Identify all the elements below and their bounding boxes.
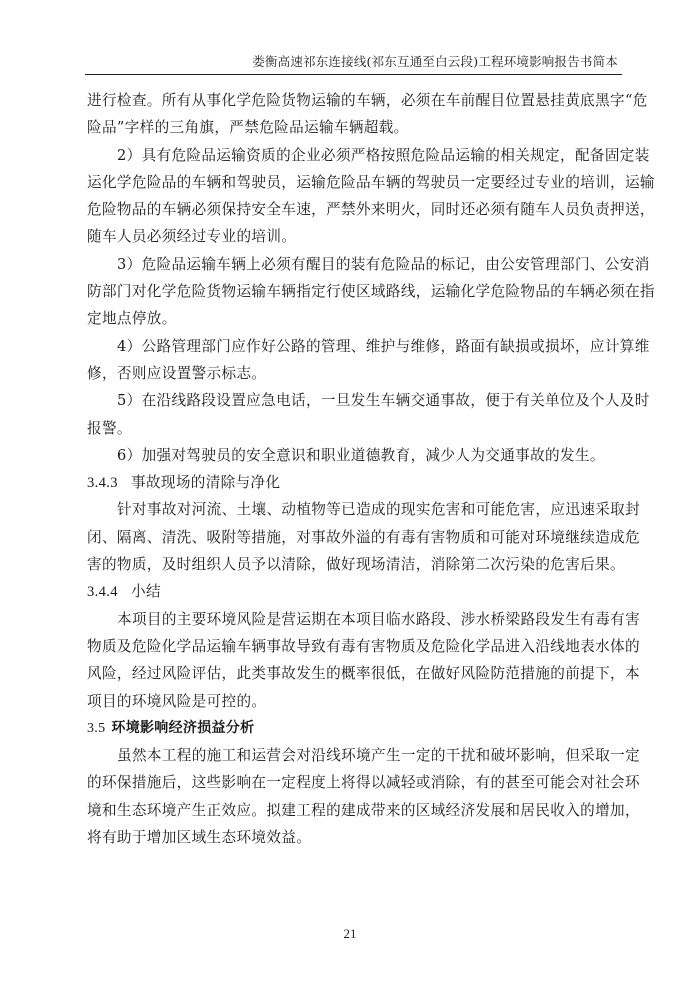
section-title: 事故现场的清除与净化 [131,474,280,491]
section-number: 3.4.3 [87,470,131,497]
text-line: 危险物品的车辆必须保持安全车速，严禁外来明火，同时还必须有随车人员负责押送， [87,196,621,223]
list-item-2: 2）具有危险品运输资质的企业必须严格按照危险品运输的相关规定，配备固定装 运化学… [87,142,621,251]
paragraph-intro: 进行检查。所有从事化学危险货物运输的车辆，必须在车前醒目位置悬挂黄底黑字“危 险… [87,87,621,142]
page-body: 进行检查。所有从事化学危险货物运输的车辆，必须在车前醒目位置悬挂黄底黑字“危 险… [87,87,621,851]
list-item-4: 4）公路管理部门应作好公路的管理、维护与维修，路面有缺损或损坏，应计算维 修，否… [87,333,621,388]
text-line: 项目的环境风险是可控的。 [87,688,621,715]
text-line: 针对事故对河流、土壤、动植物等已造成的现实危害和可能危害，应迅速采取封 [87,496,621,523]
list-item-6: 6）加强对驾驶员的安全意识和职业道德教育，减少人为交通事故的发生。 [87,442,621,469]
list-item-3: 3）危险品运输车辆上必须有醒目的装有危险品的标记，由公安管理部门、公安消 防部门… [87,251,621,333]
section-title: 环境影响经济损益分析 [111,720,254,736]
text-line: 3）危险品运输车辆上必须有醒目的装有危险品的标记，由公安管理部门、公安消 [87,251,621,278]
text-line: 风险，经过风险评估，此类事故发生的概率很低，在做好风险防范措施的前提下，本 [87,660,621,687]
section-number: 3.4.4 [87,579,131,606]
text-line: 2）具有危险品运输资质的企业必须严格按照危险品运输的相关规定，配备固定装 [87,142,621,169]
text-line: 物质及危险化学品运输车辆事故导致有毒有害物质及危险化学品进入沿线地表水体的 [87,633,621,660]
section-heading-344: 3.4.4小结 [87,578,621,605]
text-line: 6）加强对驾驶员的安全意识和职业道德教育，减少人为交通事故的发生。 [87,442,621,469]
running-header: 娄衡高速祁东连接线(祁东互通至白云段)工程环境影响报告书简本 [85,50,622,75]
text-line: 报警。 [87,415,621,442]
paragraph-35: 虽然本工程的施工和运营会对沿线环境产生一定的干扰和破坏影响，但采取一定 的环保措… [87,742,621,851]
text-line: 4）公路管理部门应作好公路的管理、维护与维修，路面有缺损或损坏，应计算维 [87,333,621,360]
text-line: 境和生态环境产生正效应。拟建工程的建成带来的区域经济发展和居民收入的增加， [87,797,621,824]
text-line: 修，否则应设置警示标志。 [87,360,621,387]
paragraph-344: 本项目的主要环境风险是营运期在本项目临水路段、涉水桥梁路段发生有毒有害 物质及危… [87,606,621,715]
text-line: 虽然本工程的施工和运营会对沿线环境产生一定的干扰和破坏影响，但采取一定 [87,742,621,769]
text-line: 险品”字样的三角旗，严禁危险品运输车辆超载。 [87,114,621,141]
list-item-5: 5）在沿线路段设置应急电话，一旦发生车辆交通事故，便于有关单位及个人及时 报警。 [87,387,621,442]
text-line: 将有助于增加区域生态环境效益。 [87,824,621,851]
document-title: 娄衡高速祁东连接线(祁东互通至白云段)工程环境影响报告书简本 [252,52,618,70]
section-title: 小结 [131,583,161,600]
text-line: 定地点停放。 [87,305,621,332]
section-heading-343: 3.4.3事故现场的清除与净化 [87,469,621,496]
text-line: 害的物质，及时组织人员予以清除，做好现场清洁，消除第二次污染的危害后果。 [87,551,621,578]
text-line: 5）在沿线路段设置应急电话，一旦发生车辆交通事故，便于有关单位及个人及时 [87,387,621,414]
text-line: 运化学危险品的车辆和驾驶员，运输危险品车辆的驾驶员一定要经过专业的培训，运输 [87,169,621,196]
text-line: 随车人员必须经过专业的培训。 [87,223,621,250]
text-line: 防部门对化学危险货物运输车辆指定行使区域路线，运输化学危险物品的车辆必须在指 [87,278,621,305]
text-line: 进行检查。所有从事化学危险货物运输的车辆，必须在车前醒目位置悬挂黄底黑字“危 [87,87,621,114]
page-number: 21 [0,926,700,942]
text-line: 本项目的主要环境风险是营运期在本项目临水路段、涉水桥梁路段发生有毒有害 [87,606,621,633]
section-heading-35: 3.5环境影响经济损益分析 [87,715,621,742]
section-number: 3.5 [87,721,105,736]
text-line: 的环保措施后，这些影响在一定程度上将得以减轻或消除，有的甚至可能会对社会环 [87,769,621,796]
text-line: 闭、隔离、清洗、吸附等措施，对事故外溢的有毒有害物质和可能对环境继续造成危 [87,524,621,551]
paragraph-343: 针对事故对河流、土壤、动植物等已造成的现实危害和可能危害，应迅速采取封 闭、隔离… [87,496,621,578]
